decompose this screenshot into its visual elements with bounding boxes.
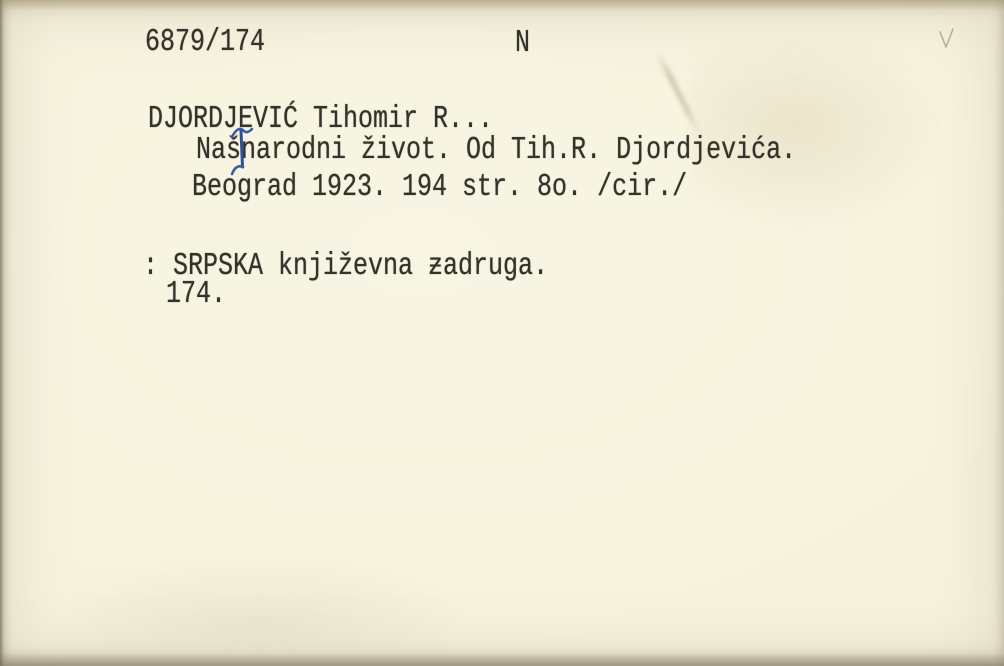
section-letter: N: [515, 27, 530, 59]
card-left-edge: [0, 0, 4, 666]
card-bottom-edge: [0, 653, 1004, 666]
insertion-mark-icon: [229, 123, 257, 179]
pencil-check-icon: [934, 26, 960, 54]
paper-stain: [60, 560, 460, 650]
author-heading: DJORDJEVIĆ Tihomir R...: [148, 103, 493, 135]
catalog-card: 6879/174 N DJORDJEVIĆ Tihomir R... Našna…: [0, 0, 1004, 666]
imprint-line: Beograd 1923. 194 str. 8o. /cir./: [192, 171, 687, 203]
title-line: Našnarodni život. Od Tih.R. Djordjevića.: [196, 134, 796, 166]
series-number: 174.: [166, 278, 226, 310]
card-top-edge: [0, 0, 1004, 10]
call-number: 6879/174: [145, 26, 265, 58]
